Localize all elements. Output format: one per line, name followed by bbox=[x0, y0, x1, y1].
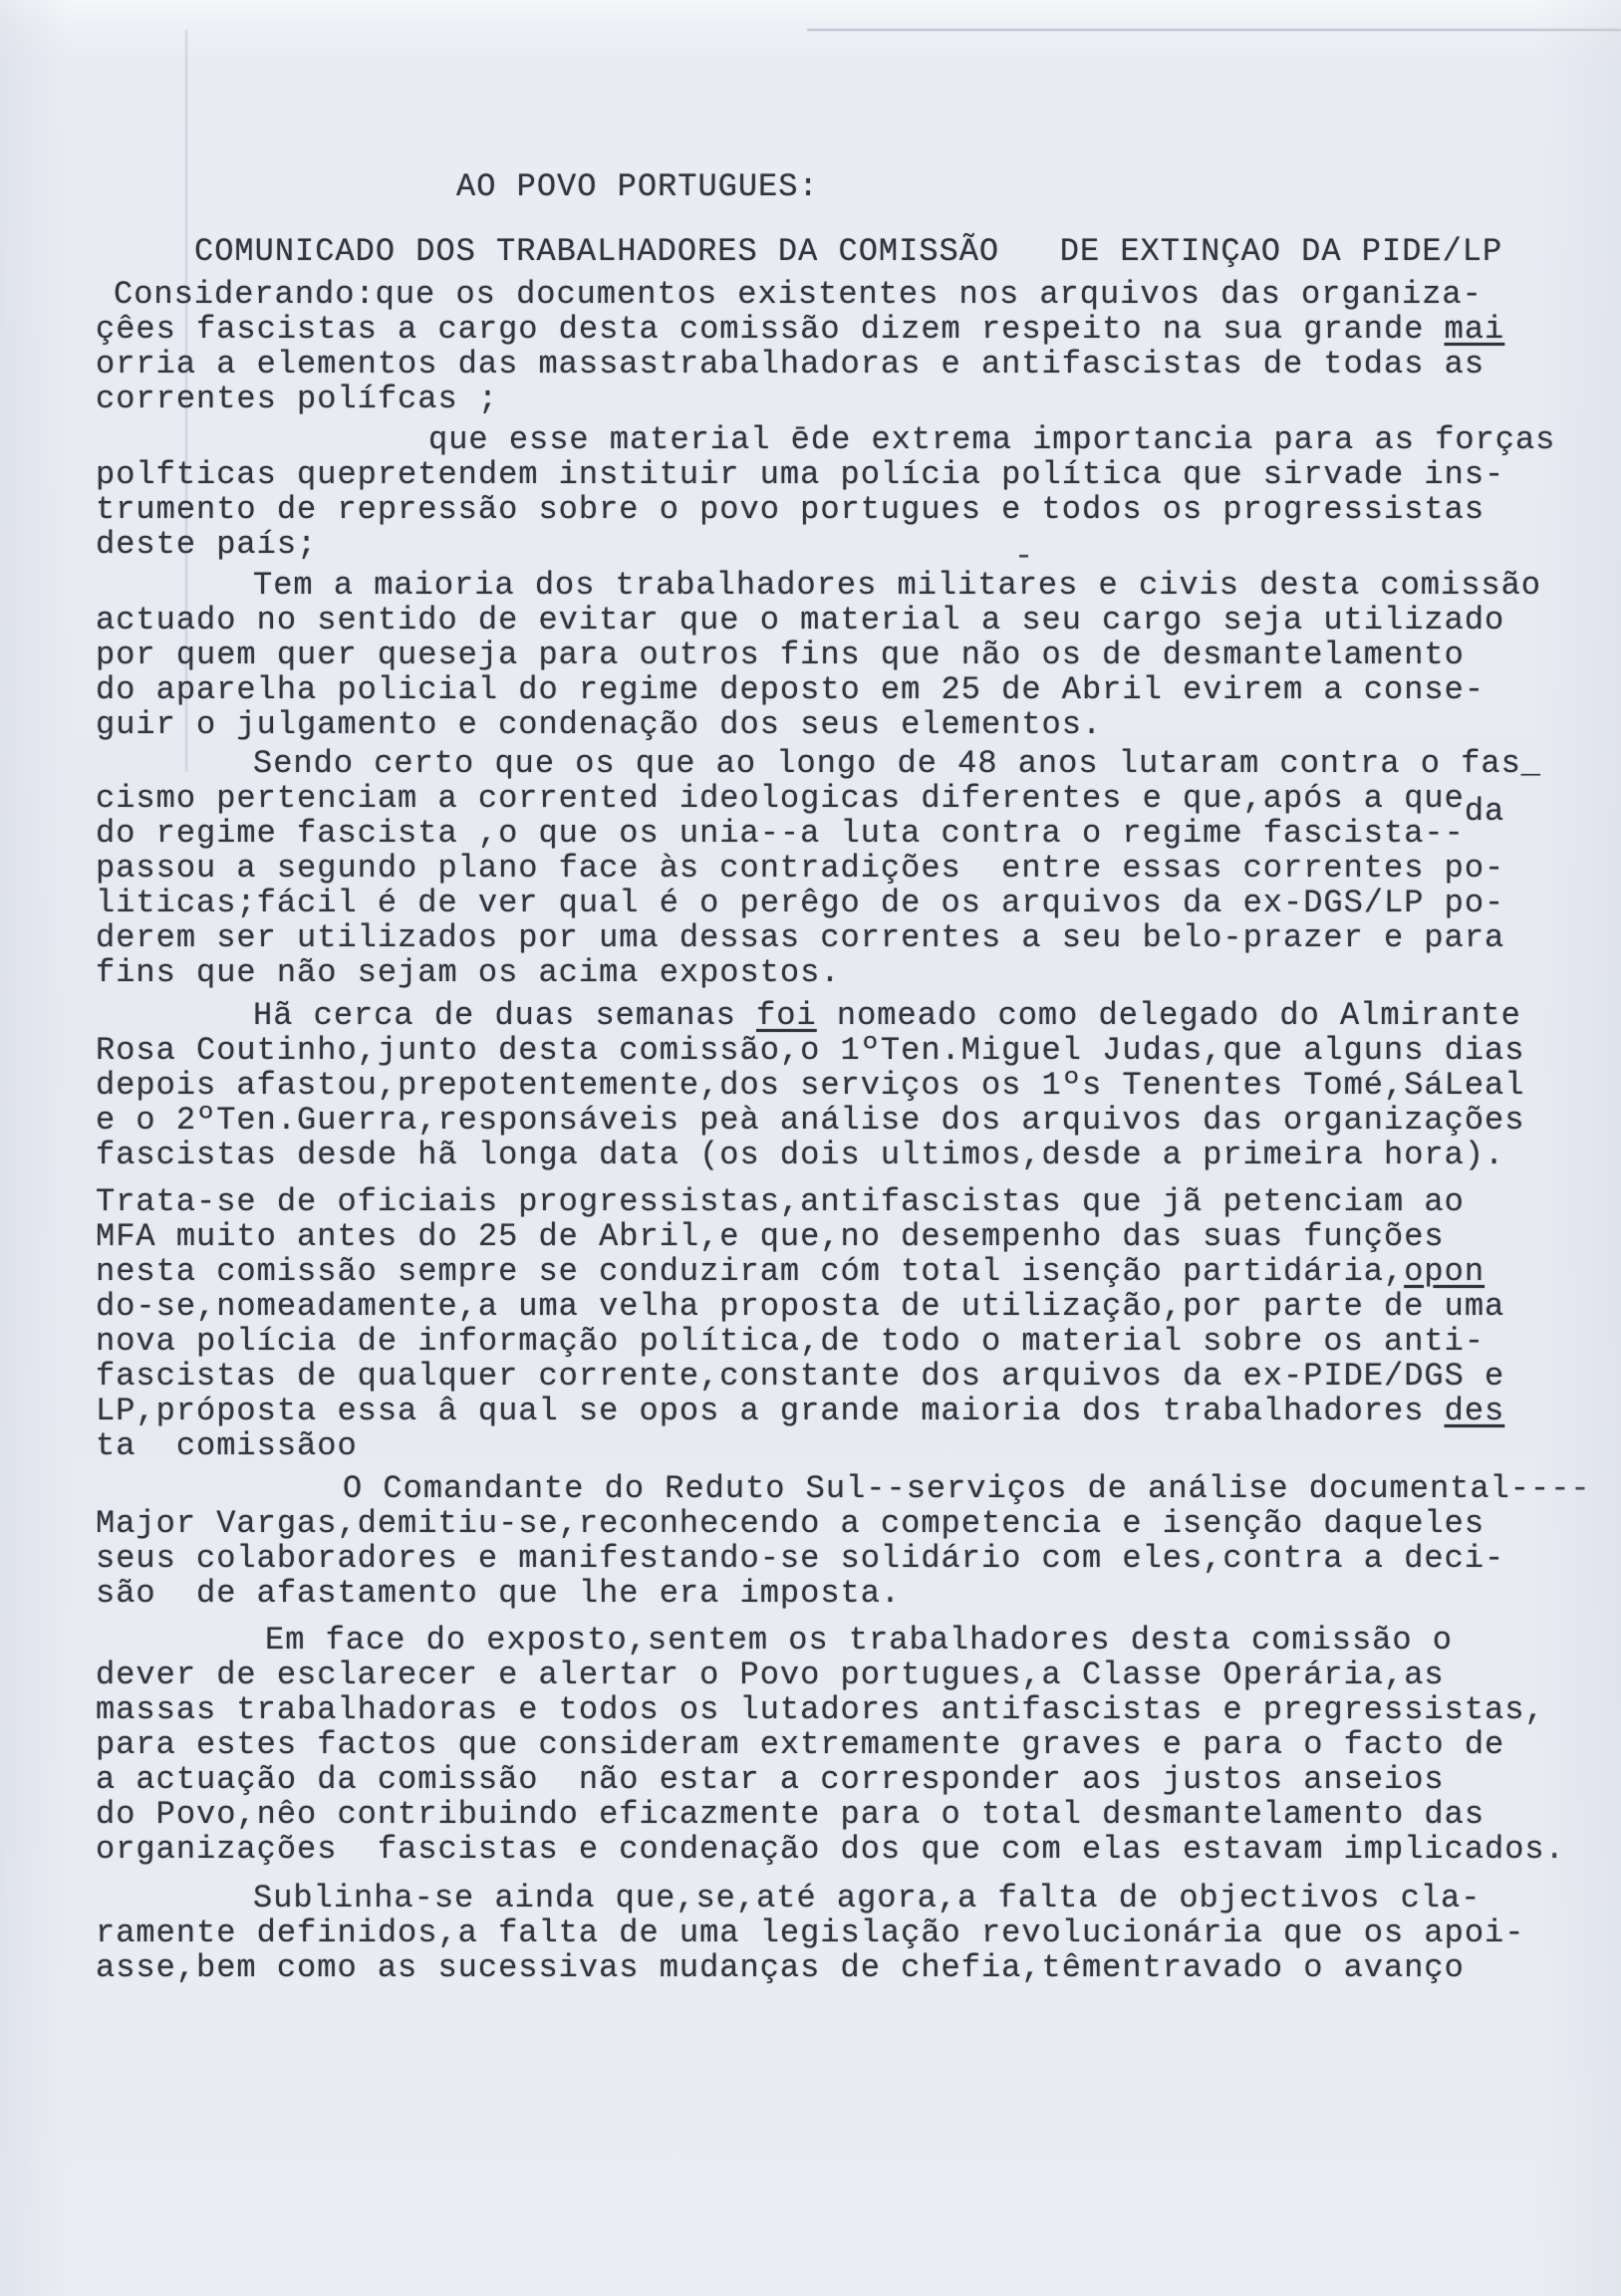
text-line: que esse material ēde extrema importanci… bbox=[96, 422, 1590, 457]
text-line: correntes polífcas ; bbox=[96, 382, 1590, 416]
text-segment: nomeado como delegado do Almirante bbox=[817, 997, 1521, 1034]
text-line: polfticas quepretendem instituir uma pol… bbox=[96, 457, 1590, 492]
paragraph: Considerando:que os documentos existente… bbox=[96, 277, 1590, 416]
text-line: Sendo certo que os que ao longo de 48 an… bbox=[96, 746, 1590, 781]
text-line: e o 2ºTen.Guerra,responsáveis peà anális… bbox=[96, 1103, 1590, 1138]
text-line: nova polícia de informação política,de t… bbox=[96, 1324, 1590, 1359]
underlined-text: mai bbox=[1445, 311, 1505, 348]
text-line: passou a segundo plano face às contradiç… bbox=[96, 851, 1590, 886]
text-line: Major Vargas,demitiu-se,reconhecendo a c… bbox=[96, 1506, 1590, 1541]
text-line: a actuação da comissão não estar a corre… bbox=[96, 1762, 1590, 1797]
text-line: çêes fascistas a cargo desta comissão di… bbox=[96, 312, 1590, 347]
text-line: ta comissãoo bbox=[96, 1428, 1590, 1463]
text-line: do-se,nomeadamente,a uma velha proposta … bbox=[96, 1289, 1590, 1324]
paragraph: Em face do exposto,sentem os trabalhador… bbox=[96, 1623, 1590, 1867]
text-segment: nesta comissão sempre se conduziram cóm … bbox=[96, 1253, 1404, 1290]
text-line: para estes factos que consideram extrema… bbox=[96, 1727, 1590, 1762]
paragraph: Tem a maioria dos trabalhadores militare… bbox=[96, 568, 1590, 742]
text-line: Considerando:que os documentos existente… bbox=[96, 277, 1590, 312]
text-segment: çêes fascistas a cargo desta comissão di… bbox=[96, 311, 1445, 348]
text-line: organizações fascistas e condenação dos … bbox=[96, 1832, 1590, 1867]
text-line: Em face do exposto,sentem os trabalhador… bbox=[96, 1623, 1590, 1658]
text-line: são de afastamento que lhe era imposta. bbox=[96, 1576, 1590, 1611]
paragraph: Sublinha-se ainda que,se,até agora,a fal… bbox=[96, 1881, 1590, 1985]
fold-crease-line bbox=[185, 30, 187, 772]
underlined-text: opon bbox=[1404, 1253, 1485, 1290]
text-line: ramente definidos,a falta de uma legisla… bbox=[96, 1915, 1590, 1950]
document-body: Considerando:que os documentos existente… bbox=[96, 277, 1590, 1985]
text-line: deste país; bbox=[96, 527, 1590, 562]
text-line: derem ser utilizados por uma dessas corr… bbox=[96, 920, 1590, 955]
text-line: fascistas desde hã longa data (os dois u… bbox=[96, 1138, 1590, 1172]
text-line: nesta comissão sempre se conduziram cóm … bbox=[96, 1254, 1590, 1289]
text-line: orria a elementos das massastrabalhadora… bbox=[96, 347, 1590, 382]
text-line: O Comandante do Reduto Sul--serviços de … bbox=[96, 1471, 1590, 1506]
text-line: Tem a maioria dos trabalhadores militare… bbox=[96, 568, 1590, 603]
paragraph: O Comandante do Reduto Sul--serviços de … bbox=[96, 1471, 1590, 1611]
text-line: do regime fascista ,o que os unia--a lut… bbox=[96, 816, 1590, 851]
document-title: AO POVO PORTUGUES: bbox=[456, 169, 1590, 204]
text-line: fascistas de qualquer corrente,constante… bbox=[96, 1359, 1590, 1394]
text-line: cismo pertenciam a corrented ideologicas… bbox=[96, 781, 1590, 816]
text-line: LP,próposta essa â qual se opos a grande… bbox=[96, 1394, 1590, 1428]
text-line: MFA muito antes do 25 de Abril,e que,no … bbox=[96, 1219, 1590, 1254]
scan-top-edge-line bbox=[807, 29, 1621, 31]
document-subtitle: COMUNICADO DOS TRABALHADORES DA COMISSÃO… bbox=[194, 234, 1590, 269]
text-line: do Povo,nêo contribuindo eficazmente par… bbox=[96, 1797, 1590, 1832]
text-line: guir o julgamento e condenação dos seus … bbox=[96, 707, 1590, 742]
document-page: - AO POVO PORTUGUES: COMUNICADO DOS TRAB… bbox=[0, 0, 1621, 2296]
underlined-text: des bbox=[1445, 1393, 1505, 1429]
stray-dash-mark: - bbox=[1014, 538, 1033, 575]
paragraph: Sendo certo que os que ao longo de 48 an… bbox=[96, 746, 1590, 990]
text-line: fins que não sejam os acima expostos. bbox=[96, 955, 1590, 990]
text-line: dever de esclarecer e alertar o Povo por… bbox=[96, 1658, 1590, 1692]
paragraph: Trata-se de oficiais progressistas,antif… bbox=[96, 1184, 1590, 1463]
text-line: Sublinha-se ainda que,se,até agora,a fal… bbox=[96, 1881, 1590, 1915]
text-line: asse,bem como as sucessivas mudanças de … bbox=[96, 1950, 1590, 1985]
typewritten-document: AO POVO PORTUGUES: COMUNICADO DOS TRABAL… bbox=[96, 169, 1590, 1985]
text-line: liticas;fácil é de ver qual é o perêgo d… bbox=[96, 886, 1590, 920]
text-line: Trata-se de oficiais progressistas,antif… bbox=[96, 1184, 1590, 1219]
text-line: por quem quer queseja para outros fins q… bbox=[96, 638, 1590, 672]
dropped-text: da bbox=[1465, 793, 1504, 830]
text-line: massas trabalhadoras e todos os lutadore… bbox=[96, 1692, 1590, 1727]
paragraph: que esse material ēde extrema importanci… bbox=[96, 422, 1590, 562]
text-segment: cismo pertenciam a corrented ideologicas… bbox=[96, 780, 1465, 817]
text-line: depois afastou,prepotentemente,dos servi… bbox=[96, 1068, 1590, 1103]
text-line: trumento de repressão sobre o povo portu… bbox=[96, 492, 1590, 527]
text-line: Rosa Coutinho,junto desta comissão,o 1ºT… bbox=[96, 1033, 1590, 1068]
text-line: do aparelha policial do regime deposto e… bbox=[96, 672, 1590, 707]
text-segment: LP,próposta essa â qual se opos a grande… bbox=[96, 1393, 1445, 1429]
text-line: seus colaboradores e manifestando-se sol… bbox=[96, 1541, 1590, 1576]
text-line: actuado no sentido de evitar que o mater… bbox=[96, 603, 1590, 638]
underlined-text: foi bbox=[756, 997, 817, 1034]
text-line: Hã cerca de duas semanas foi nomeado com… bbox=[96, 998, 1590, 1033]
paragraph: Hã cerca de duas semanas foi nomeado com… bbox=[96, 998, 1590, 1172]
text-segment: Hã cerca de duas semanas bbox=[253, 997, 756, 1034]
